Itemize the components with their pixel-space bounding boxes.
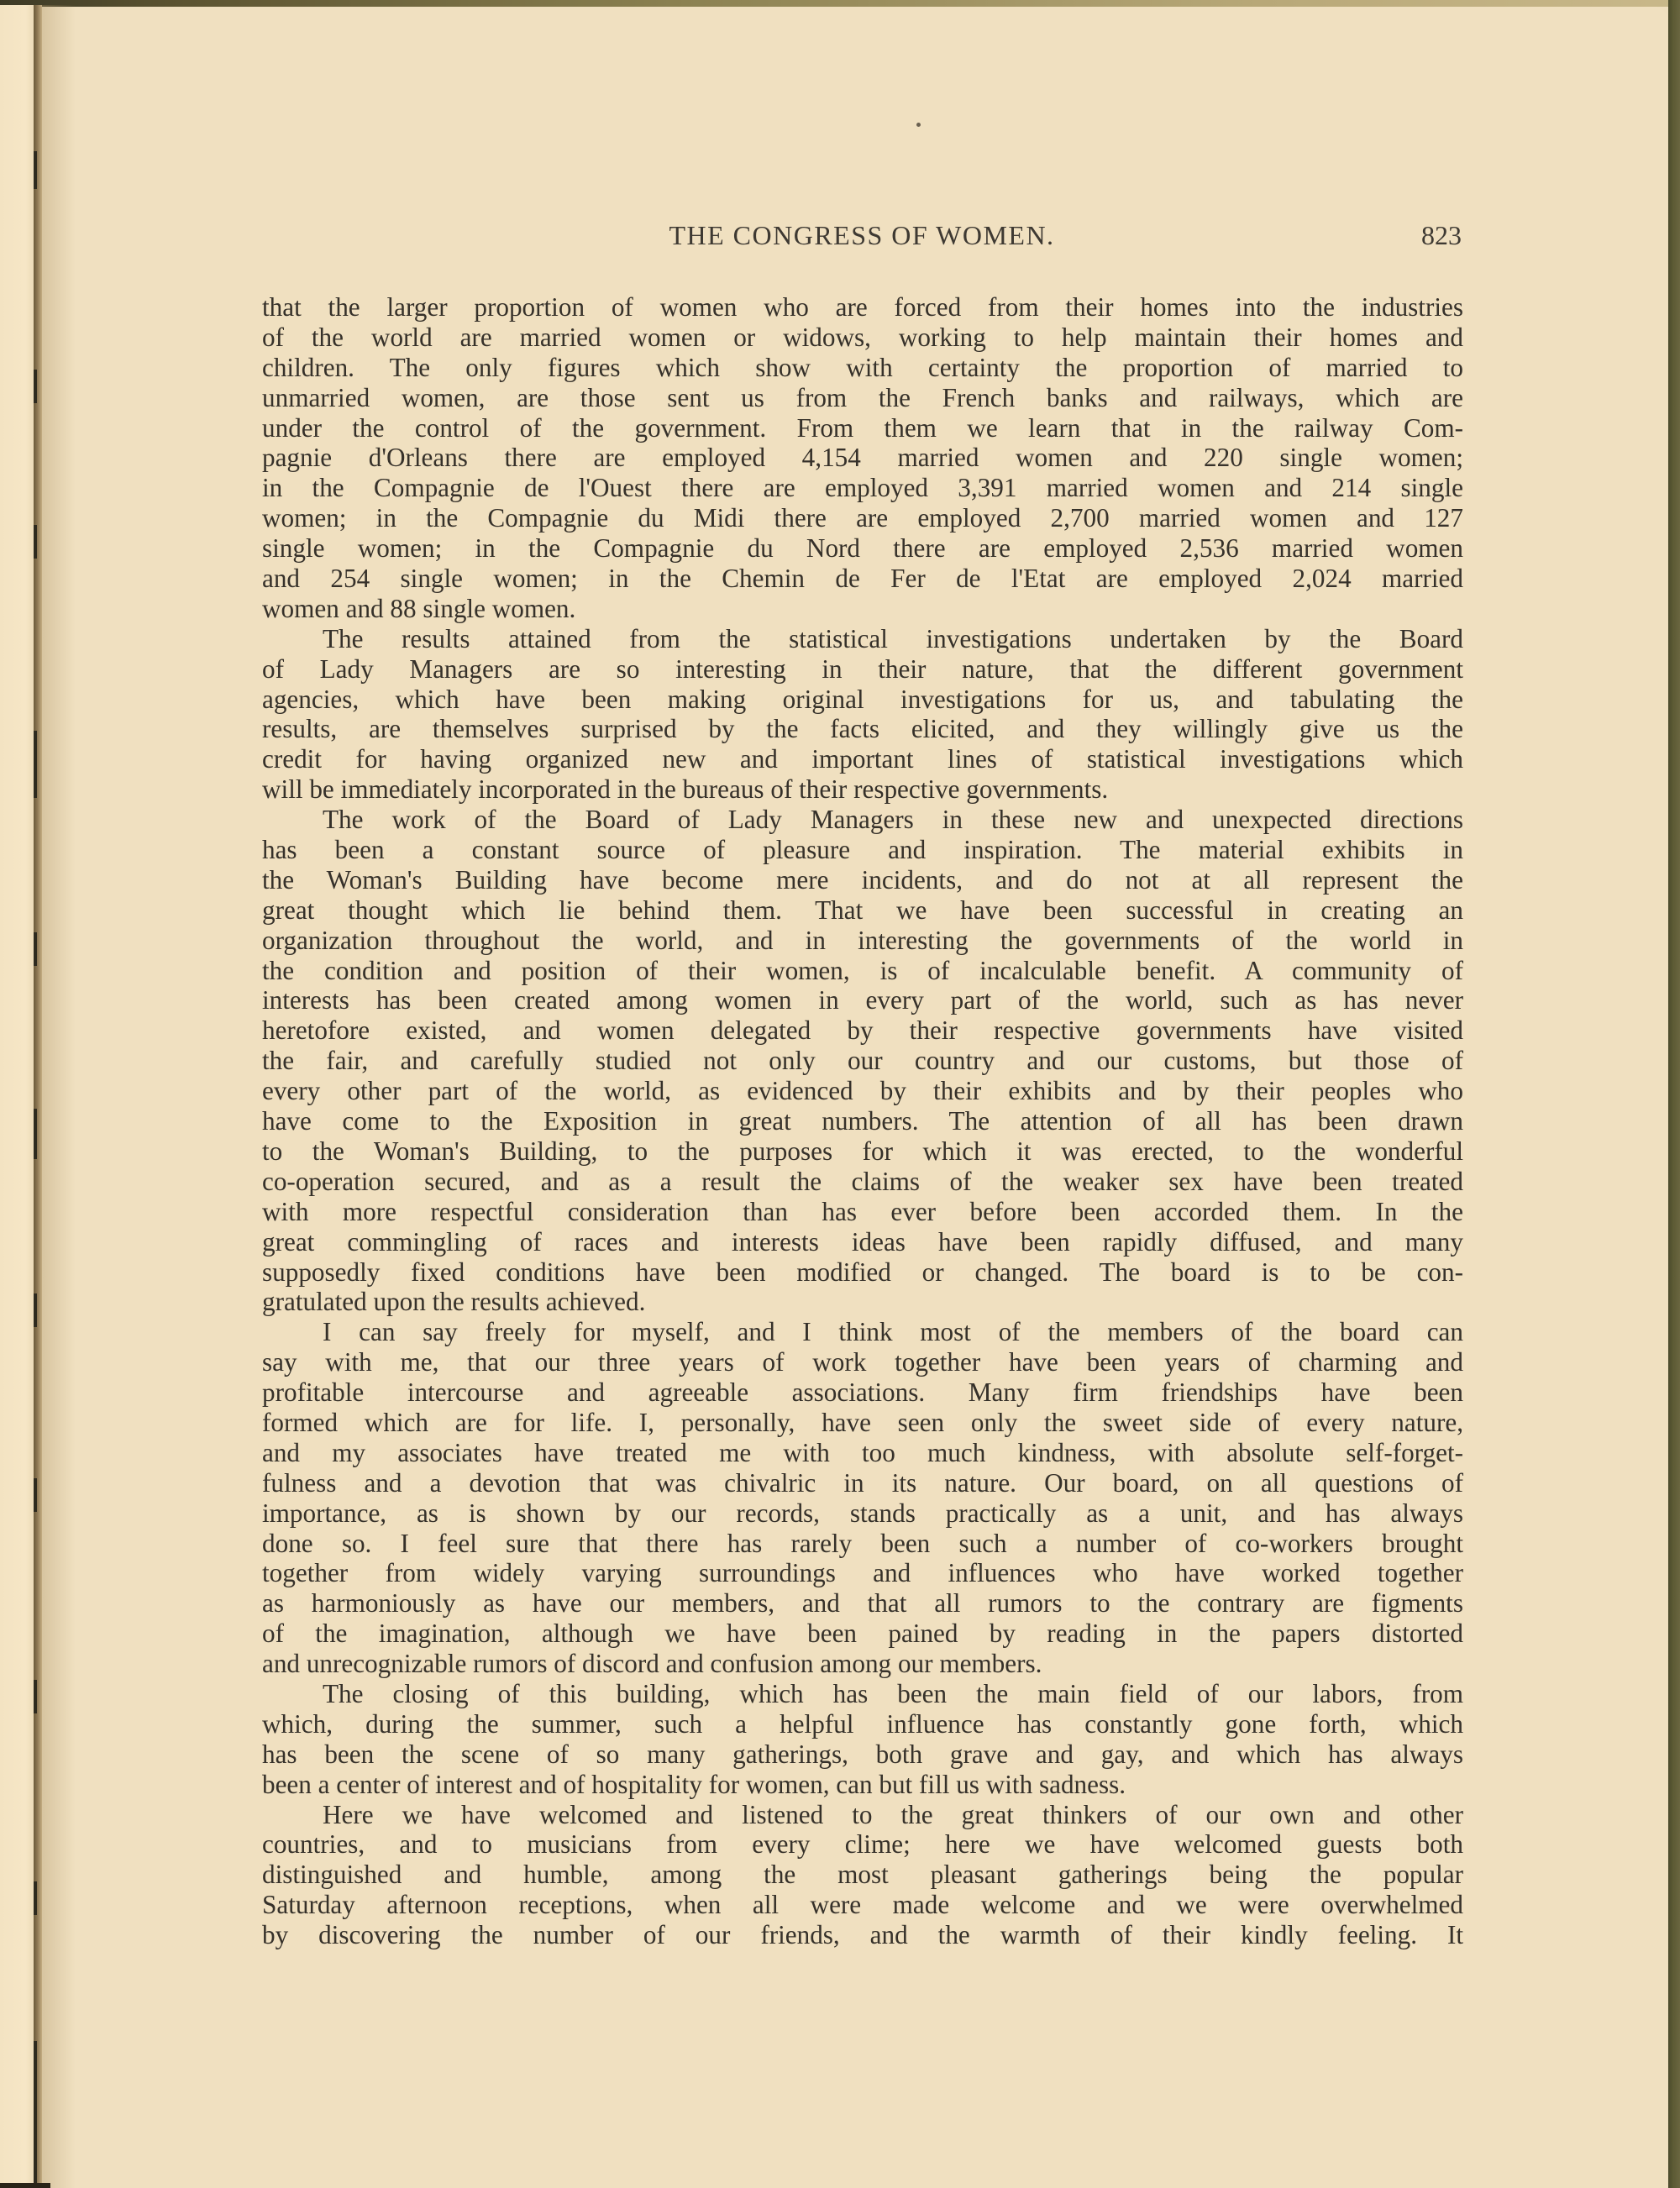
text-line: organization throughout the world, and i…	[262, 926, 1463, 956]
text-line: the condition and position of their wome…	[262, 956, 1463, 986]
text-line: results, are themselves surprised by the…	[262, 714, 1463, 744]
text-line: co-operation secured, and as a result th…	[262, 1167, 1463, 1197]
text-line: with more respectful consideration than …	[262, 1197, 1463, 1227]
text-line: every other part of the world, as eviden…	[262, 1076, 1463, 1106]
text-line: Saturday afternoon receptions, when all …	[262, 1890, 1463, 1920]
text-line: great commingling of races and interests…	[262, 1227, 1463, 1257]
text-line: supposedly fixed conditions have been mo…	[262, 1257, 1463, 1288]
text-line: importance, as is shown by our records, …	[262, 1498, 1463, 1529]
paragraph-first-line: I can say freely for myself, and I think…	[262, 1317, 1463, 1347]
paragraph-first-line: The results attained from the statistica…	[262, 624, 1463, 654]
binding-thread-mark	[34, 151, 37, 189]
text-line: profitable intercourse and agreeable ass…	[262, 1377, 1463, 1408]
text-line: distinguished and humble, among the most…	[262, 1860, 1463, 1890]
text-line: women and 88 single women.	[262, 594, 1463, 624]
page-number: 823	[1421, 220, 1462, 251]
text-line: gratulated upon the results achieved.	[262, 1287, 1463, 1317]
book-bottom-corner	[0, 2183, 50, 2188]
text-line: has been a constant source of pleasure a…	[262, 835, 1463, 865]
text-line: under the control of the government. Fro…	[262, 413, 1463, 443]
binding-thread-mark	[34, 1293, 37, 1327]
text-line: of the world are married women or widows…	[262, 323, 1463, 353]
text-line: formed which are for life. I, personally…	[262, 1408, 1463, 1438]
text-line: will be immediately incorporated in the …	[262, 774, 1463, 805]
text-line: interests has been created among women i…	[262, 985, 1463, 1015]
text-line: great thought which lie behind them. Tha…	[262, 895, 1463, 926]
binding-thread-mark	[34, 1478, 37, 1512]
book-gutter	[34, 5, 42, 2188]
binding-thread-mark	[34, 1680, 37, 1713]
running-header: THE CONGRESS OF WOMEN. 823	[262, 220, 1462, 270]
running-title: THE CONGRESS OF WOMEN.	[262, 220, 1462, 251]
body-text: that the larger proportion of women who …	[262, 292, 1463, 1950]
text-line: women; in the Compagnie du Midi there ar…	[262, 503, 1463, 533]
text-line: children. The only figures which show wi…	[262, 353, 1463, 383]
text-line: the fair, and carefully studied not only…	[262, 1046, 1463, 1076]
text-line: by discovering the number of our friends…	[262, 1920, 1463, 1950]
book-top-edge	[0, 0, 1680, 7]
text-line: heretofore existed, and women delegated …	[262, 1015, 1463, 1046]
binding-thread-mark	[34, 525, 37, 559]
text-line: that the larger proportion of women who …	[262, 292, 1463, 323]
text-line: been a center of interest and of hospita…	[262, 1770, 1463, 1800]
text-line: to the Woman's Building, to the purposes…	[262, 1136, 1463, 1167]
binding-thread-mark	[34, 1109, 37, 1159]
text-line: credit for having organized new and impo…	[262, 744, 1463, 774]
text-line: say with me, that our three years of wor…	[262, 1347, 1463, 1377]
text-line: pagnie d'Orleans there are employed 4,15…	[262, 443, 1463, 473]
text-line: of the imagination, although we have bee…	[262, 1619, 1463, 1649]
gutter-shadow	[42, 5, 76, 2188]
paragraph-first-line: Here we have welcomed and listened to th…	[262, 1800, 1463, 1830]
text-line: single women; in the Compagnie du Nord t…	[262, 533, 1463, 564]
paragraph-first-line: The work of the Board of Lady Managers i…	[262, 805, 1463, 835]
book-cover-edge	[1668, 0, 1680, 2188]
text-line: and 254 single women; in the Chemin de F…	[262, 564, 1463, 594]
binding-thread-mark	[34, 731, 37, 798]
binding-thread-mark	[34, 2041, 37, 2188]
text-line: agencies, which have been making origina…	[262, 685, 1463, 715]
text-line: which, during the summer, such a helpful…	[262, 1709, 1463, 1739]
text-line: the Woman's Building have become mere in…	[262, 865, 1463, 895]
binding-thread-mark	[34, 370, 37, 403]
text-line: countries, and to musicians from every c…	[262, 1829, 1463, 1860]
text-line: fulness and a devotion that was chivalri…	[262, 1468, 1463, 1498]
text-line: as harmoniously as have our members, and…	[262, 1588, 1463, 1619]
paper-speck	[916, 123, 921, 127]
text-line: has been the scene of so many gatherings…	[262, 1739, 1463, 1770]
text-line: in the Compagnie de l'Ouest there are em…	[262, 473, 1463, 503]
binding-thread-mark	[34, 1881, 37, 1915]
text-line: and my associates have treated me with t…	[262, 1438, 1463, 1468]
text-line: of Lady Managers are so interesting in t…	[262, 654, 1463, 685]
text-line: together from widely varying surrounding…	[262, 1558, 1463, 1588]
facing-page-edge	[0, 5, 37, 2188]
paragraph-first-line: The closing of this building, which has …	[262, 1679, 1463, 1709]
text-line: have come to the Exposition in great num…	[262, 1106, 1463, 1136]
text-line: unmarried women, are those sent us from …	[262, 383, 1463, 413]
binding-thread-mark	[34, 932, 37, 966]
text-line: done so. I feel sure that there has rare…	[262, 1529, 1463, 1559]
text-line: and unrecognizable rumors of discord and…	[262, 1649, 1463, 1679]
